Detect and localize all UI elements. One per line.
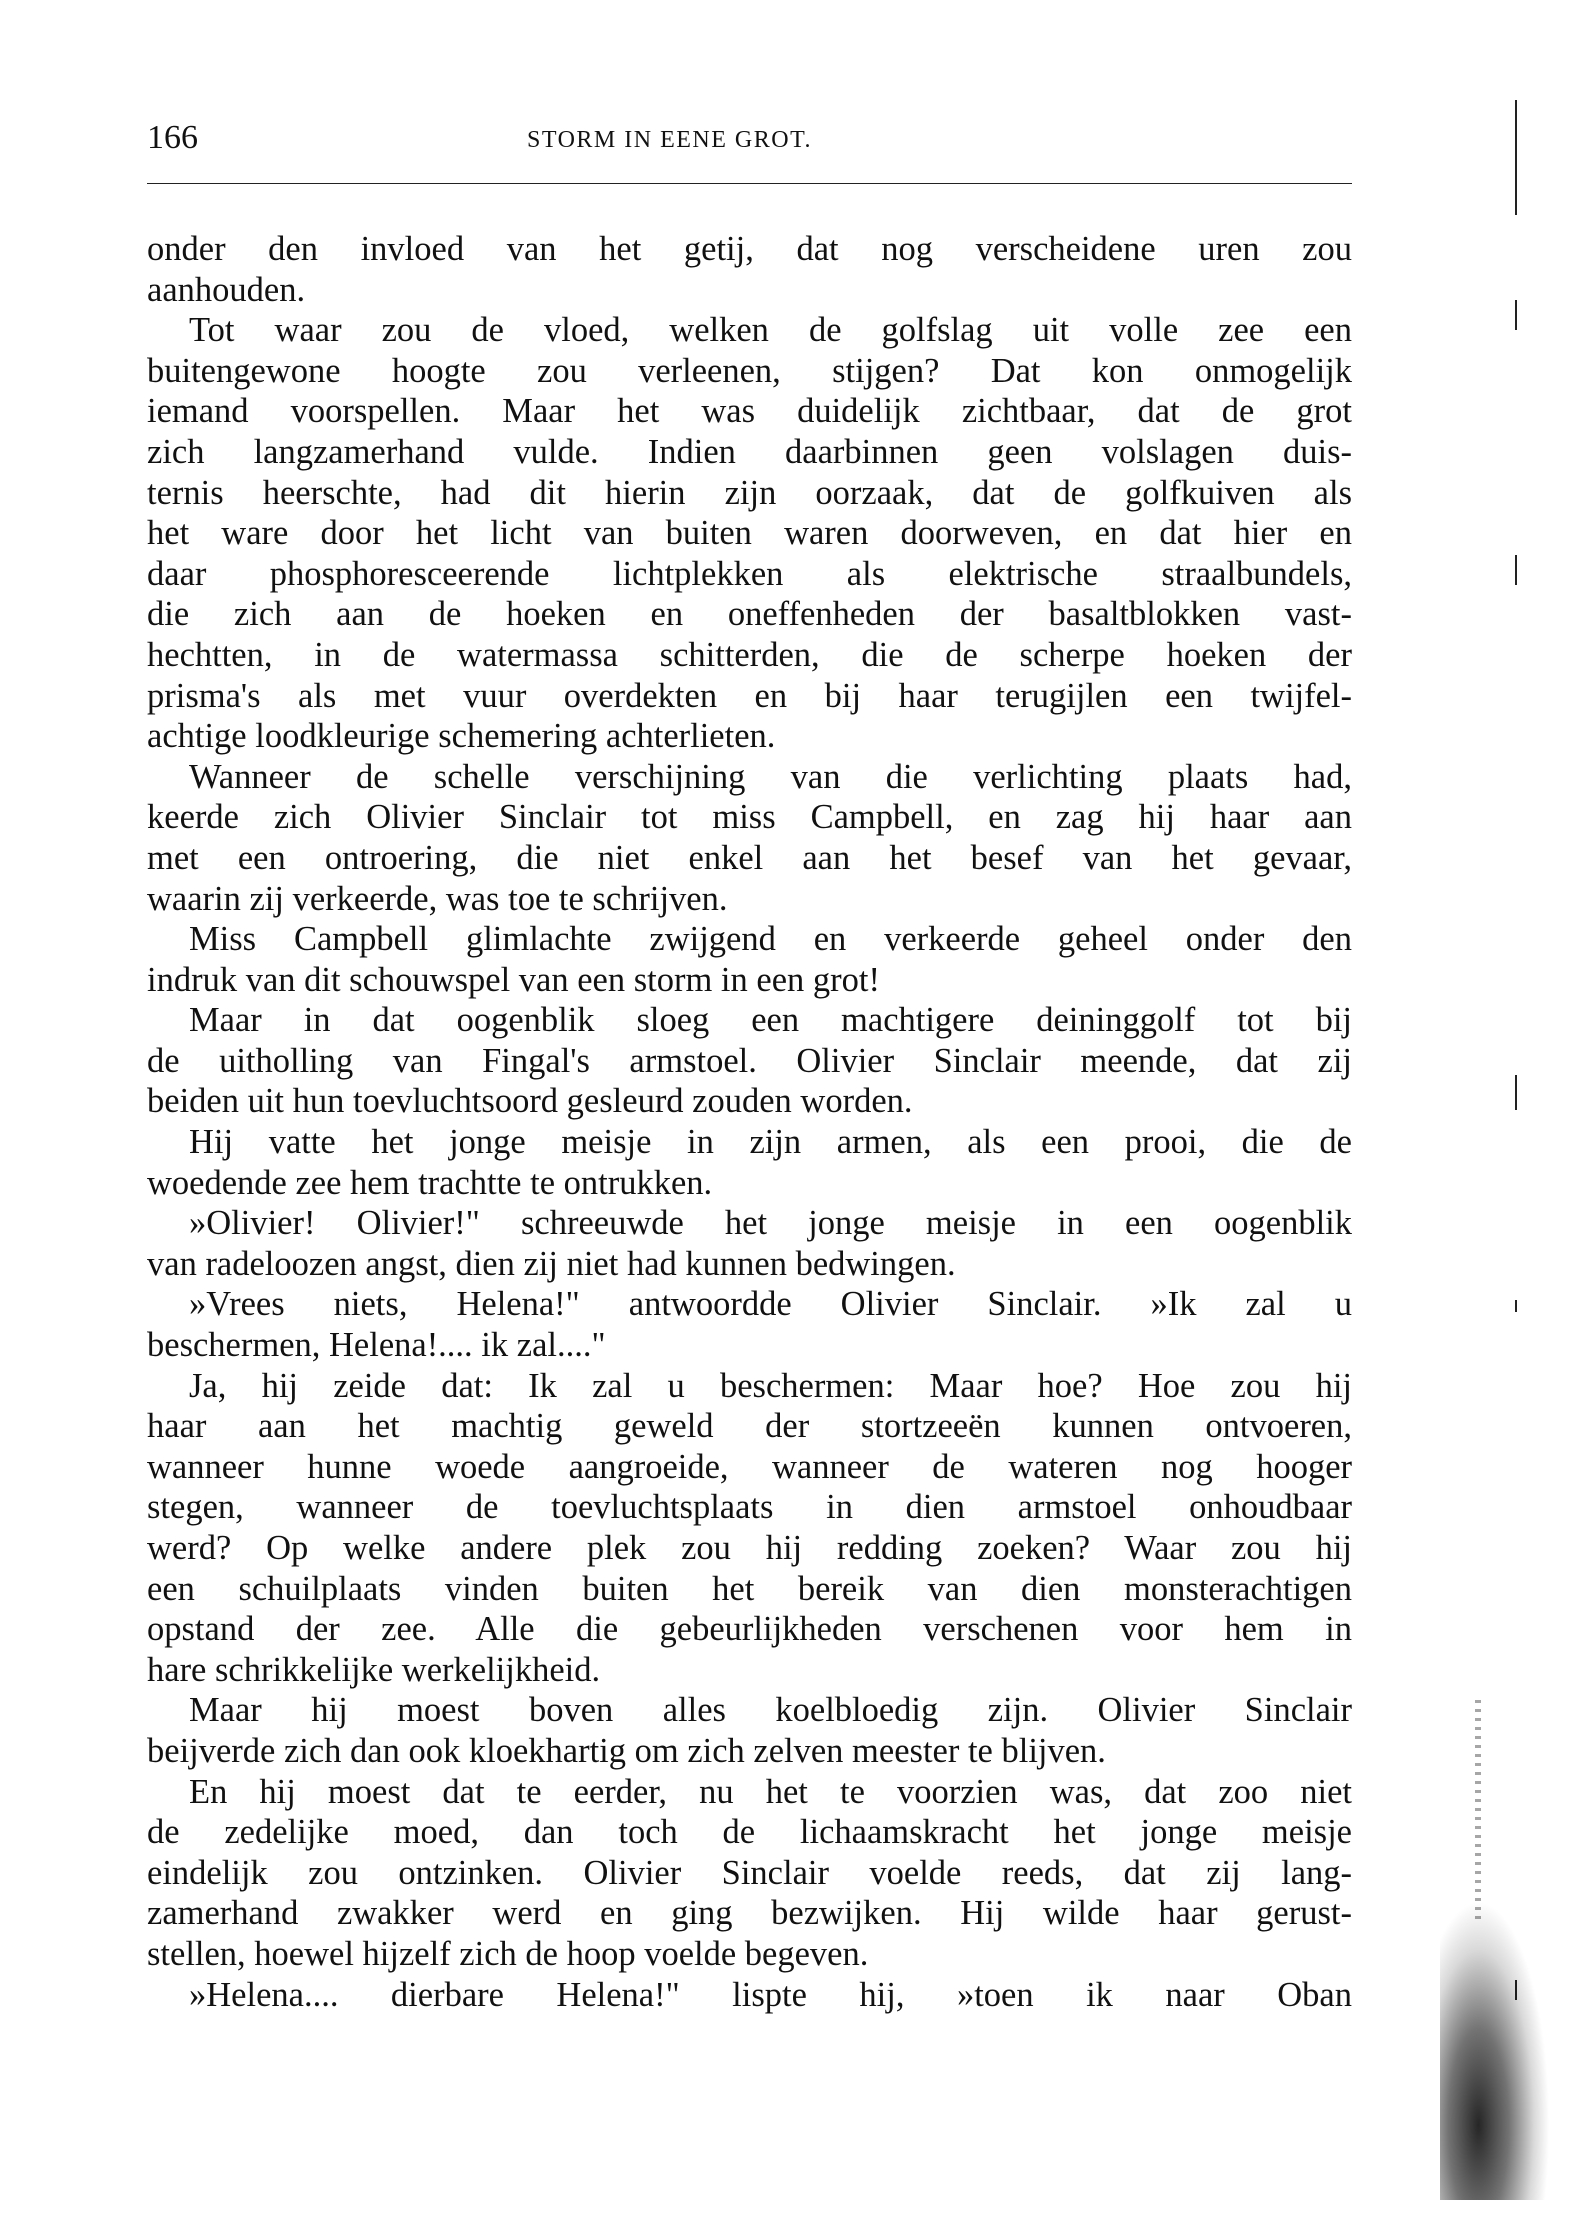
text-line: keerde zich Olivier Sinclair tot miss Ca… xyxy=(147,797,1352,838)
text-line: stellen, hoewel hijzelf zich de hoop voe… xyxy=(147,1934,1352,1975)
text-line: beijverde zich dan ook kloekhartig om zi… xyxy=(147,1731,1352,1772)
body-text: onder den invloed van het getij, dat nog… xyxy=(147,229,1352,2015)
text-line: daar phosphoresceerende lichtplekken als… xyxy=(147,554,1352,595)
text-line: de zedelijke moed, dan toch de lichaamsk… xyxy=(147,1812,1352,1853)
scan-artifact-shadow xyxy=(1440,1900,1550,2200)
text-line: hare schrikkelijke werkelijkheid. xyxy=(147,1650,1352,1691)
text-line: Miss Campbell glimlachte zwijgend en ver… xyxy=(147,919,1352,960)
text-line: zich langzamerhand vulde. Indien daarbin… xyxy=(147,432,1352,473)
text-line: Ja, hij zeide dat: Ik zal u beschermen: … xyxy=(147,1366,1352,1407)
text-line: Hij vatte het jonge meisje in zijn armen… xyxy=(147,1122,1352,1163)
text-line: iemand voorspellen. Maar het was duideli… xyxy=(147,391,1352,432)
text-line: onder den invloed van het getij, dat nog… xyxy=(147,229,1352,270)
text-line: En hij moest dat te eerder, nu het te vo… xyxy=(147,1772,1352,1813)
text-line: haar aan het machtig geweld der stortzee… xyxy=(147,1406,1352,1447)
header-rule xyxy=(147,183,1352,184)
scan-edge-marks xyxy=(1515,0,1525,2214)
book-page: 166 STORM IN EENE GROT. onder den invloe… xyxy=(0,0,1571,2214)
text-line: het ware door het licht van buiten waren… xyxy=(147,513,1352,554)
text-line: opstand der zee. Alle die gebeurlijkhede… xyxy=(147,1609,1352,1650)
text-line: beiden uit hun toevluchtsoord gesleurd z… xyxy=(147,1081,1352,1122)
text-line: stegen, wanneer de toevluchtsplaats in d… xyxy=(147,1487,1352,1528)
text-line: Tot waar zou de vloed, welken de golfsla… xyxy=(147,310,1352,351)
text-line: »Helena.... dierbare Helena!" lispte hij… xyxy=(147,1975,1352,2016)
text-line: een schuilplaats vinden buiten het berei… xyxy=(147,1569,1352,1610)
text-line: beschermen, Helena!.... ik zal...." xyxy=(147,1325,1352,1366)
page-number: 166 xyxy=(147,118,198,158)
text-line: buitengewone hoogte zou verleenen, stijg… xyxy=(147,351,1352,392)
running-head: 166 STORM IN EENE GROT. xyxy=(147,118,1352,158)
text-line: Wanneer de schelle verschijning van die … xyxy=(147,757,1352,798)
scan-artifact-streak xyxy=(1475,1700,1481,1920)
text-line: indruk van dit schouwspel van een storm … xyxy=(147,960,1352,1001)
text-line: van radeloozen angst, dien zij niet had … xyxy=(147,1244,1352,1285)
text-line: hechtten, in de watermassa schitterden, … xyxy=(147,635,1352,676)
text-line: eindelijk zou ontzinken. Olivier Sinclai… xyxy=(147,1853,1352,1894)
text-line: die zich aan de hoeken en oneffenheden d… xyxy=(147,594,1352,635)
text-line: ternis heerschte, had dit hierin zijn oo… xyxy=(147,473,1352,514)
text-line: prisma's als met vuur overdekten en bij … xyxy=(147,676,1352,717)
text-line: de uitholling van Fingal's armstoel. Oli… xyxy=(147,1041,1352,1082)
text-line: Maar in dat oogenblik sloeg een machtige… xyxy=(147,1000,1352,1041)
text-line: met een ontroering, die niet enkel aan h… xyxy=(147,838,1352,879)
text-line: »Vrees niets, Helena!" antwoordde Olivie… xyxy=(147,1284,1352,1325)
text-line: werd? Op welke andere plek zou hij reddi… xyxy=(147,1528,1352,1569)
text-line: woedende zee hem trachtte te ontrukken. xyxy=(147,1163,1352,1204)
text-line: »Olivier! Olivier!" schreeuwde het jonge… xyxy=(147,1203,1352,1244)
text-line: achtige loodkleurige schemering achterli… xyxy=(147,716,1352,757)
text-line: waarin zij verkeerde, was toe te schrijv… xyxy=(147,879,1352,920)
text-line: aanhouden. xyxy=(147,270,1352,311)
text-line: Maar hij moest boven alles koelbloedig z… xyxy=(147,1690,1352,1731)
text-line: wanneer hunne woede aangroeide, wanneer … xyxy=(147,1447,1352,1488)
text-line: zamerhand zwakker werd en ging bezwijken… xyxy=(147,1893,1352,1934)
running-title: STORM IN EENE GROT. xyxy=(527,122,812,158)
